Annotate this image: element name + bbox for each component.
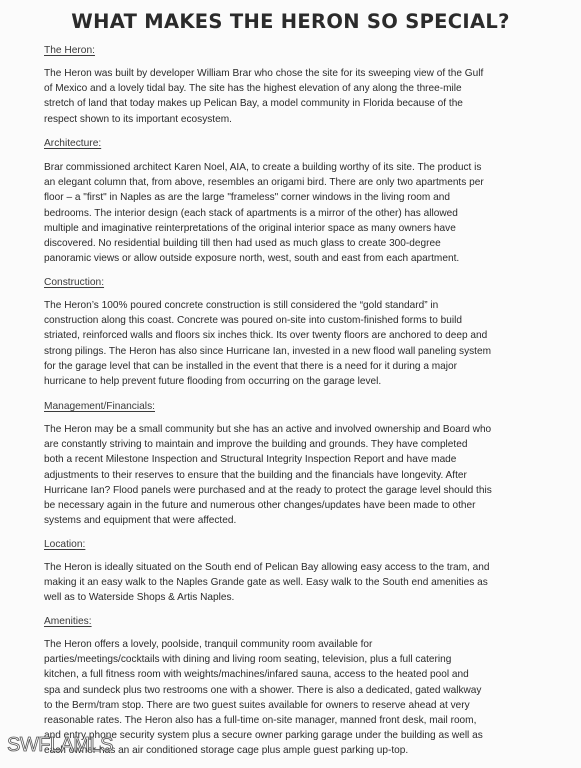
section-body: The Heron offers a lovely, poolside, tra… <box>44 637 544 759</box>
text-line: The Heron may be a small community but s… <box>44 422 544 437</box>
text-line: kitchen, a full fitness room with weight… <box>44 667 544 682</box>
text-line: construction along this coast. Concrete … <box>44 313 544 328</box>
text-line: spa and sundeck plus two restrooms one w… <box>44 683 544 698</box>
text-line: parties/meetings/cocktails with dining a… <box>44 652 544 667</box>
text-line: be necessary again in the future and num… <box>44 498 544 513</box>
section-heading: Location: <box>44 538 544 551</box>
text-line: and entry phone security system plus a s… <box>44 728 544 743</box>
text-line: adjustments to their reserves to ensure … <box>44 468 544 483</box>
text-line: both a recent Milestone Inspection and S… <box>44 452 544 467</box>
document-page: WHAT MAKES THE HERON SO SPECIAL? The Her… <box>0 0 581 768</box>
section-heading: Construction: <box>44 276 544 289</box>
text-line: The Heron’s 100% poured concrete constru… <box>44 298 544 313</box>
document-title: WHAT MAKES THE HERON SO SPECIAL? <box>0 10 581 33</box>
text-line: reasonable rates. The Heron also has a f… <box>44 713 544 728</box>
text-line: of Mexico and a lovely tidal bay. The si… <box>44 81 544 96</box>
text-line: panoramic views or allow outside exposur… <box>44 251 544 266</box>
section-amenities: Amenities: The Heron offers a lovely, po… <box>44 615 544 759</box>
text-line: The Heron was built by developer William… <box>44 66 544 81</box>
text-line: floor – a "first" in Naples as are the l… <box>44 190 544 205</box>
text-line: an elegant column that, from above, rese… <box>44 175 544 190</box>
text-line: respect shown to its important ecosystem… <box>44 112 544 127</box>
text-line: to the Berm/tram stop. There are two gue… <box>44 698 544 713</box>
text-line: hurricane to help prevent future floodin… <box>44 374 544 389</box>
text-line: well as to Waterside Shops & Artis Naple… <box>44 590 544 605</box>
text-line: for the garage level that can be install… <box>44 359 544 374</box>
section-body: The Heron is ideally situated on the Sou… <box>44 560 544 606</box>
text-line: discovered. No residential building till… <box>44 236 544 251</box>
mls-watermark: SWFLAMLS <box>7 734 113 757</box>
text-line: are constantly striving to maintain and … <box>44 437 544 452</box>
text-line: The Heron offers a lovely, poolside, tra… <box>44 637 544 652</box>
text-line: multiple and imaginative reinterpretatio… <box>44 221 544 236</box>
section-body: The Heron’s 100% poured concrete constru… <box>44 298 544 389</box>
text-line: systems and equipment that were affected… <box>44 513 544 528</box>
section-construction: Construction: The Heron’s 100% poured co… <box>44 276 544 389</box>
text-line: bedrooms. The interior design (each stac… <box>44 206 544 221</box>
text-line: each owner has an air conditioned storag… <box>44 743 544 758</box>
text-line: The Heron is ideally situated on the Sou… <box>44 560 544 575</box>
section-body: The Heron was built by developer William… <box>44 66 544 127</box>
text-line: making it an easy walk to the Naples Gra… <box>44 575 544 590</box>
section-heading: Amenities: <box>44 615 544 628</box>
text-line: striated, reinforced walls and floors si… <box>44 328 544 343</box>
text-line: Brar commissioned architect Karen Noel, … <box>44 160 544 175</box>
section-body: The Heron may be a small community but s… <box>44 422 544 528</box>
section-heading: Management/Financials: <box>44 400 544 413</box>
section-heading: Architecture: <box>44 137 544 150</box>
section-location: Location: The Heron is ideally situated … <box>44 538 544 606</box>
section-management-financials: Management/Financials: The Heron may be … <box>44 400 544 528</box>
text-line: strong pilings. The Heron has also since… <box>44 344 544 359</box>
section-architecture: Architecture: Brar commissioned architec… <box>44 137 544 266</box>
text-line: Hurricane Ian? Flood panels were purchas… <box>44 483 544 498</box>
section-the-heron: The Heron: The Heron was built by develo… <box>44 44 544 127</box>
section-body: Brar commissioned architect Karen Noel, … <box>44 160 544 266</box>
section-heading: The Heron: <box>44 44 544 57</box>
text-line: stretch of land that today makes up Peli… <box>44 96 544 111</box>
